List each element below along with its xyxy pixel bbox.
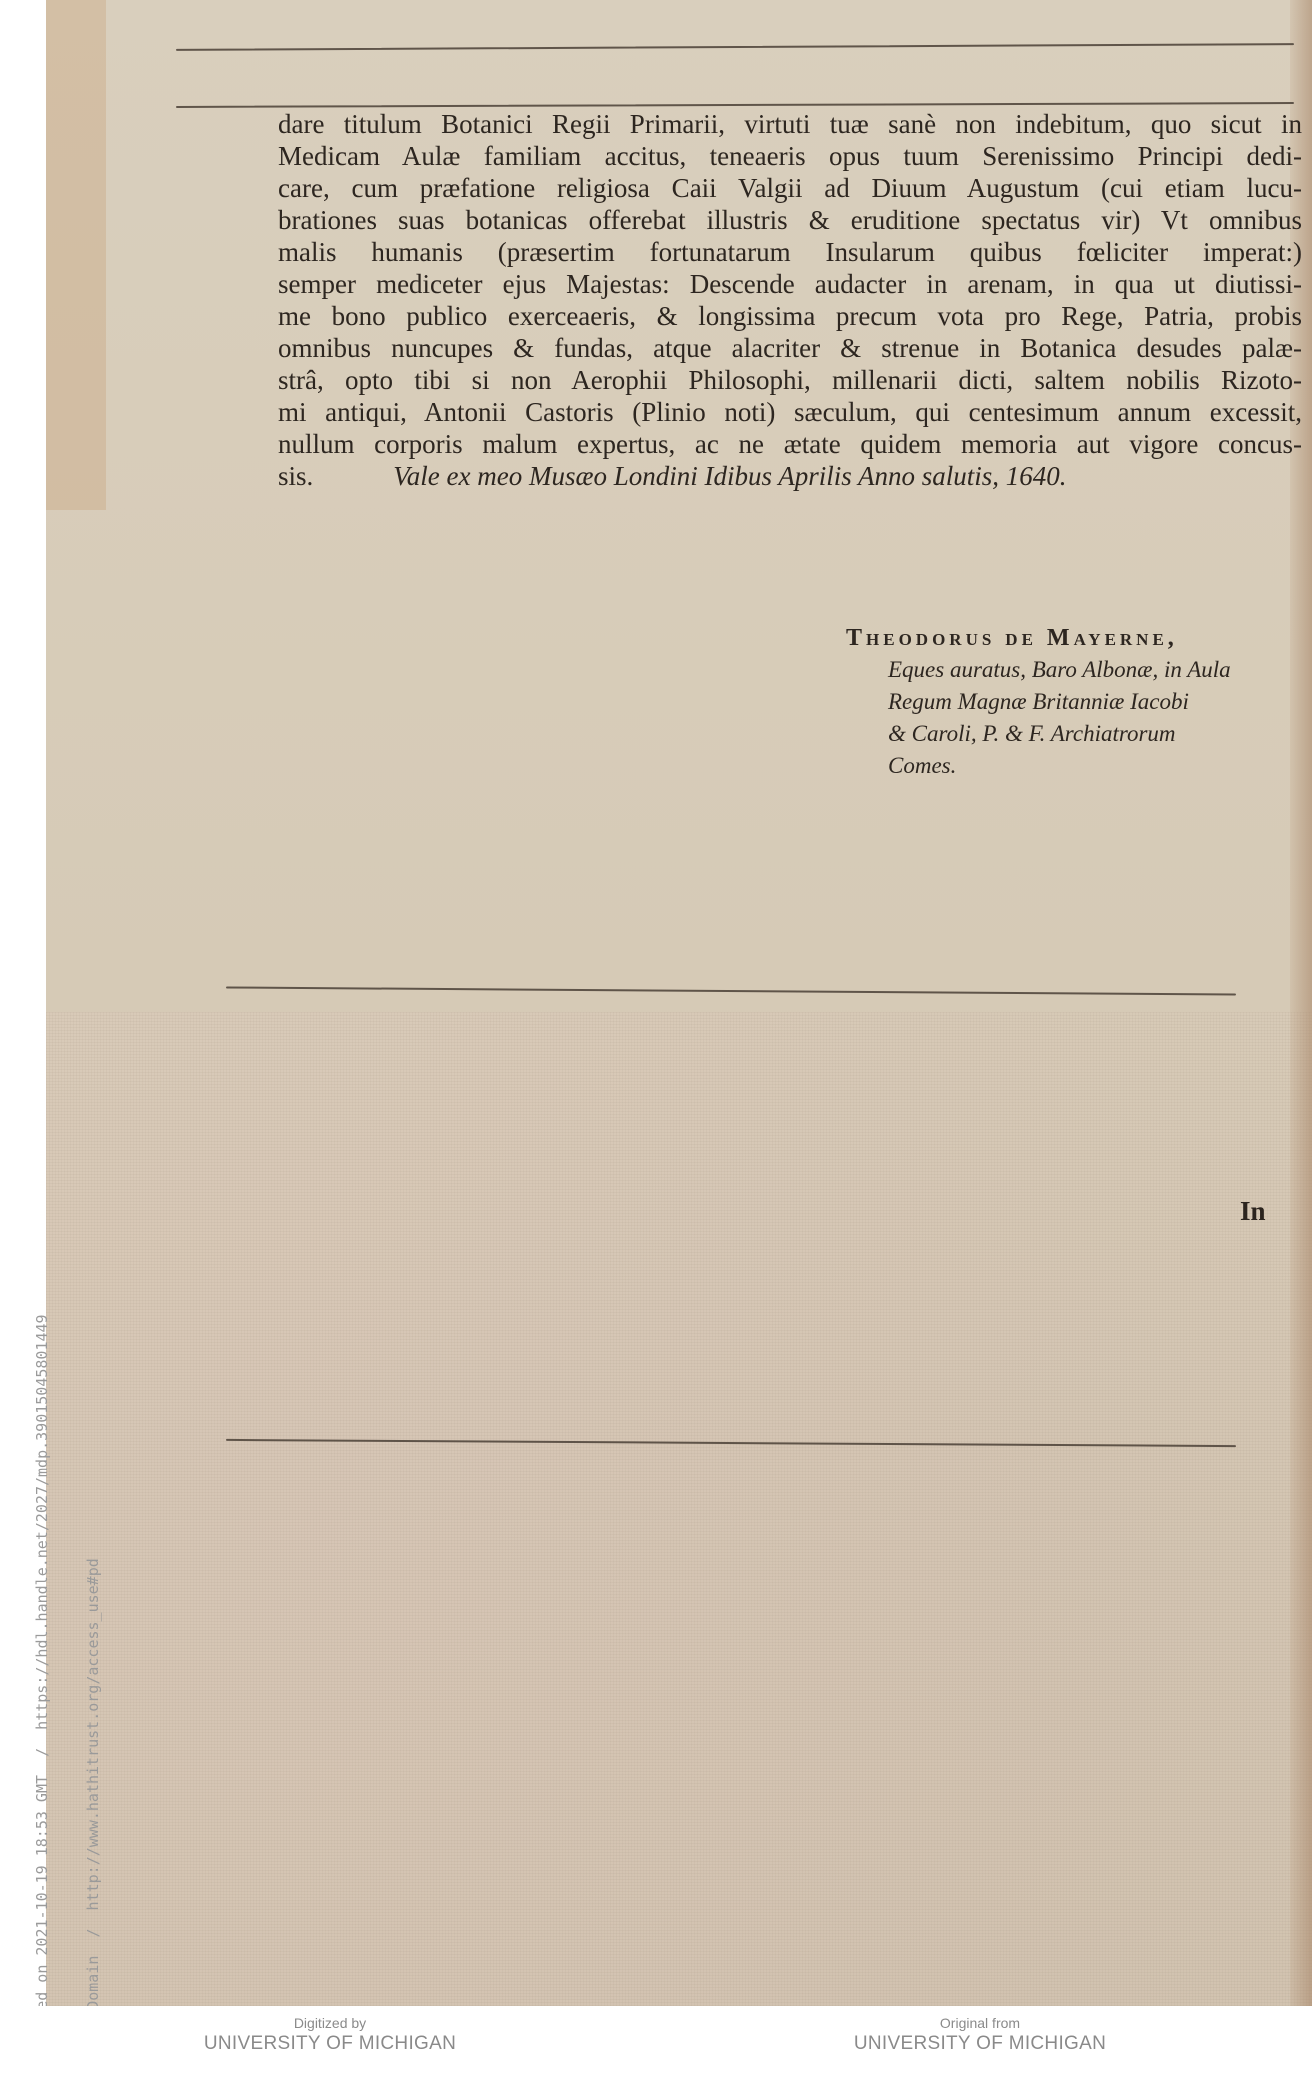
footer-digitized-by: Digitized by UNIVERSITY OF MICHIGAN [180,2014,480,2056]
footer-left-institution: UNIVERSITY OF MICHIGAN [180,2032,480,2056]
footer: Digitized by UNIVERSITY OF MICHIGAN Orig… [0,2006,1312,2073]
catchword: In [1240,1196,1266,1227]
signatory-title-line: Eques auratus, Baro Albonæ, in Aula [846,654,1286,686]
watermark-line-1: Generated on 2021-10-19 18:53 GMT / http… [34,973,51,2073]
text-line: mi antiqui, Antonii Castoris (Plinio not… [278,396,1302,428]
text-line: malis humanis (præsertim fortunatarum In… [278,236,1302,268]
text-line: semper mediceter ejus Majestas: Descende… [278,268,1302,300]
final-word: sis. [278,461,313,491]
text-line: care, cum præfatione religiosa Caii Valg… [278,172,1302,204]
signature-block: Theodorus de Mayerne, Eques auratus, Bar… [846,622,1286,782]
valediction: Vale ex meo Musæo Londini Idibus Aprilis… [393,461,1066,491]
footer-right-label: Original from [830,2014,1130,2032]
signatory-name: Theodorus de Mayerne, [846,622,1286,654]
text-line: Medicam Aulæ familiam accitus, teneaeris… [278,140,1302,172]
signatory-title-line: Regum Magnæ Britanniæ Iacobi [846,686,1286,718]
signatory-title-line: Comes. [846,750,1286,782]
text-line: omnibus nuncupes & fundas, atque alacrit… [278,332,1302,364]
text-line: me bono publico exerceaeris, & longissim… [278,300,1302,332]
footer-original-from: Original from UNIVERSITY OF MICHIGAN [830,2014,1130,2056]
footer-left-label: Digitized by [180,2014,480,2032]
page-stain [46,0,106,510]
footer-right-institution: UNIVERSITY OF MICHIGAN [830,2032,1130,2056]
dedication-text: dare titulum Botanici Regii Primarii, vi… [278,108,1302,492]
lower-rule [226,1439,1236,1447]
text-line: nullum corporis malum expertus, ac ne æt… [278,428,1302,460]
text-line-final: sis.Vale ex meo Musæo Londini Idibus Apr… [278,460,1302,492]
hathitrust-watermark: Generated on 2021-10-19 18:53 GMT / http… [0,973,119,2073]
text-line: strâ, opto tibi si non Aerophii Philosop… [278,364,1302,396]
scanned-page: dare titulum Botanici Regii Primarii, vi… [46,0,1312,2006]
text-line: dare titulum Botanici Regii Primarii, vi… [278,108,1302,140]
text-line: brationes suas botanicas offerebat illus… [278,204,1302,236]
watermark-line-2: Public Domain / http://www.hathitrust.or… [85,973,102,2073]
signatory-title-line: & Caroli, P. & F. Archiatrorum [846,718,1286,750]
